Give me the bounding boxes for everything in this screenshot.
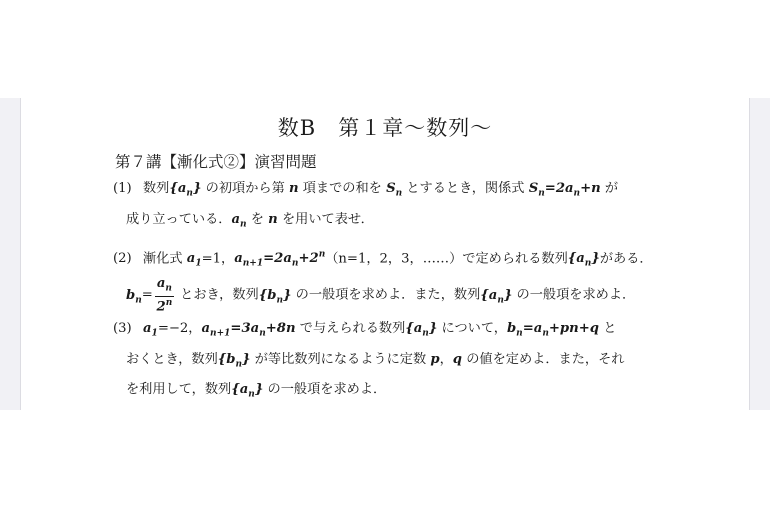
problem-3-line-2: おくとき，数列{bn} が等比数列になるように定数 p，q の値を定めよ．また，… — [113, 347, 624, 378]
left-margin-shade — [0, 98, 21, 410]
lesson-heading: 第７講【漸化式②】演習問題 — [115, 150, 317, 172]
math-an: an — [232, 212, 247, 227]
page-title: 数B 第１章～数列～ — [21, 112, 749, 142]
problem-2: (2)漸化式 a1=1，an+1=2an+2n（n=1，2，3，……）で定められ… — [113, 242, 653, 315]
text: =−2， — [158, 321, 202, 336]
text: 成り立っている． — [126, 212, 232, 227]
math-seq-a: {an} — [480, 288, 512, 303]
math-seq: {an} — [169, 181, 201, 196]
text: がある． — [600, 251, 653, 266]
problem-number: (2) — [113, 246, 143, 272]
problem-number: (3) — [113, 316, 143, 342]
problem-2-line-2: bn=an2n とおき，数列{bn} の一般項を求めよ．また，数列{an} の一… — [113, 277, 653, 315]
text: 項までの和を — [299, 181, 387, 196]
math-bn: bn — [126, 288, 142, 303]
text: を用いて表せ． — [278, 212, 374, 227]
text: について， — [437, 321, 507, 336]
text: とおき，数列 — [176, 288, 259, 303]
problem-number: (1) — [113, 176, 143, 202]
text: =1， — [202, 251, 235, 266]
problem-3: (3)a1=−2，an+1=3an+8n で与えられる数列{an} について，b… — [113, 316, 624, 408]
text: の一般項を求めよ．また，数列 — [291, 288, 480, 303]
text: 漸化式 — [143, 251, 187, 266]
text: = — [142, 288, 153, 303]
text: ， — [440, 352, 453, 367]
text: と — [599, 321, 616, 336]
text: で定められる数列 — [462, 251, 568, 266]
math-seq-a: {an} — [231, 382, 263, 397]
math-var: n — [268, 212, 278, 227]
problem-3-line-3: を利用して，数列{an} の一般項を求めよ． — [113, 377, 624, 408]
text: （n=1，2，3，……） — [325, 251, 462, 266]
math-seq-b: {bn} — [218, 352, 251, 367]
text: の一般項を求めよ． — [512, 288, 635, 303]
text: とするとき，関係式 — [402, 181, 529, 196]
math-a1: a1 — [143, 321, 158, 336]
text: を利用して，数列 — [126, 382, 231, 397]
math-sum: Sn — [386, 181, 402, 196]
math-var: q — [453, 352, 462, 367]
math-seq: {an} — [405, 321, 437, 336]
text: が — [601, 181, 618, 196]
problem-3-line-1: (3)a1=−2，an+1=3an+8n で与えられる数列{an} について，b… — [113, 316, 624, 347]
problem-2-line-1: (2)漸化式 a1=1，an+1=2an+2n（n=1，2，3，……）で定められ… — [113, 242, 653, 277]
problem-1-line-2: 成り立っている．an を n を用いて表せ． — [113, 207, 618, 238]
math-seq: {an} — [568, 251, 600, 266]
text: の値を定めよ．また，それ — [462, 352, 624, 367]
problem-1: (1)数列{an} の初項から第 n 項までの和を Sn とするとき，関係式 S… — [113, 176, 618, 237]
problem-1-line-1: (1)数列{an} の初項から第 n 項までの和を Sn とするとき，関係式 S… — [113, 176, 618, 207]
text: が等比数列になるように定数 — [251, 352, 431, 367]
math-fraction: an2n — [155, 277, 174, 313]
text: おくとき，数列 — [126, 352, 218, 367]
right-margin-shade — [749, 98, 770, 410]
math-recurrence: an+1=3an+8n — [202, 321, 296, 336]
math-var: n — [289, 181, 299, 196]
text: 数列 — [143, 181, 169, 196]
text: を — [247, 212, 269, 227]
text: で与えられる数列 — [296, 321, 406, 336]
math-seq-b: {bn} — [259, 288, 292, 303]
math-relation: Sn=2an+n — [529, 181, 601, 196]
text: の初項から第 — [201, 181, 289, 196]
math-var: p — [430, 352, 439, 367]
math-recurrence: an+1=2an+2n — [234, 251, 325, 266]
math-a1: a1 — [187, 251, 202, 266]
text: の一般項を求めよ． — [263, 382, 386, 397]
math-bn-def: bn=an+pn+q — [507, 321, 599, 336]
document-page: 数B 第１章～数列～ 第７講【漸化式②】演習問題 (1)数列{an} の初項から… — [21, 98, 749, 410]
